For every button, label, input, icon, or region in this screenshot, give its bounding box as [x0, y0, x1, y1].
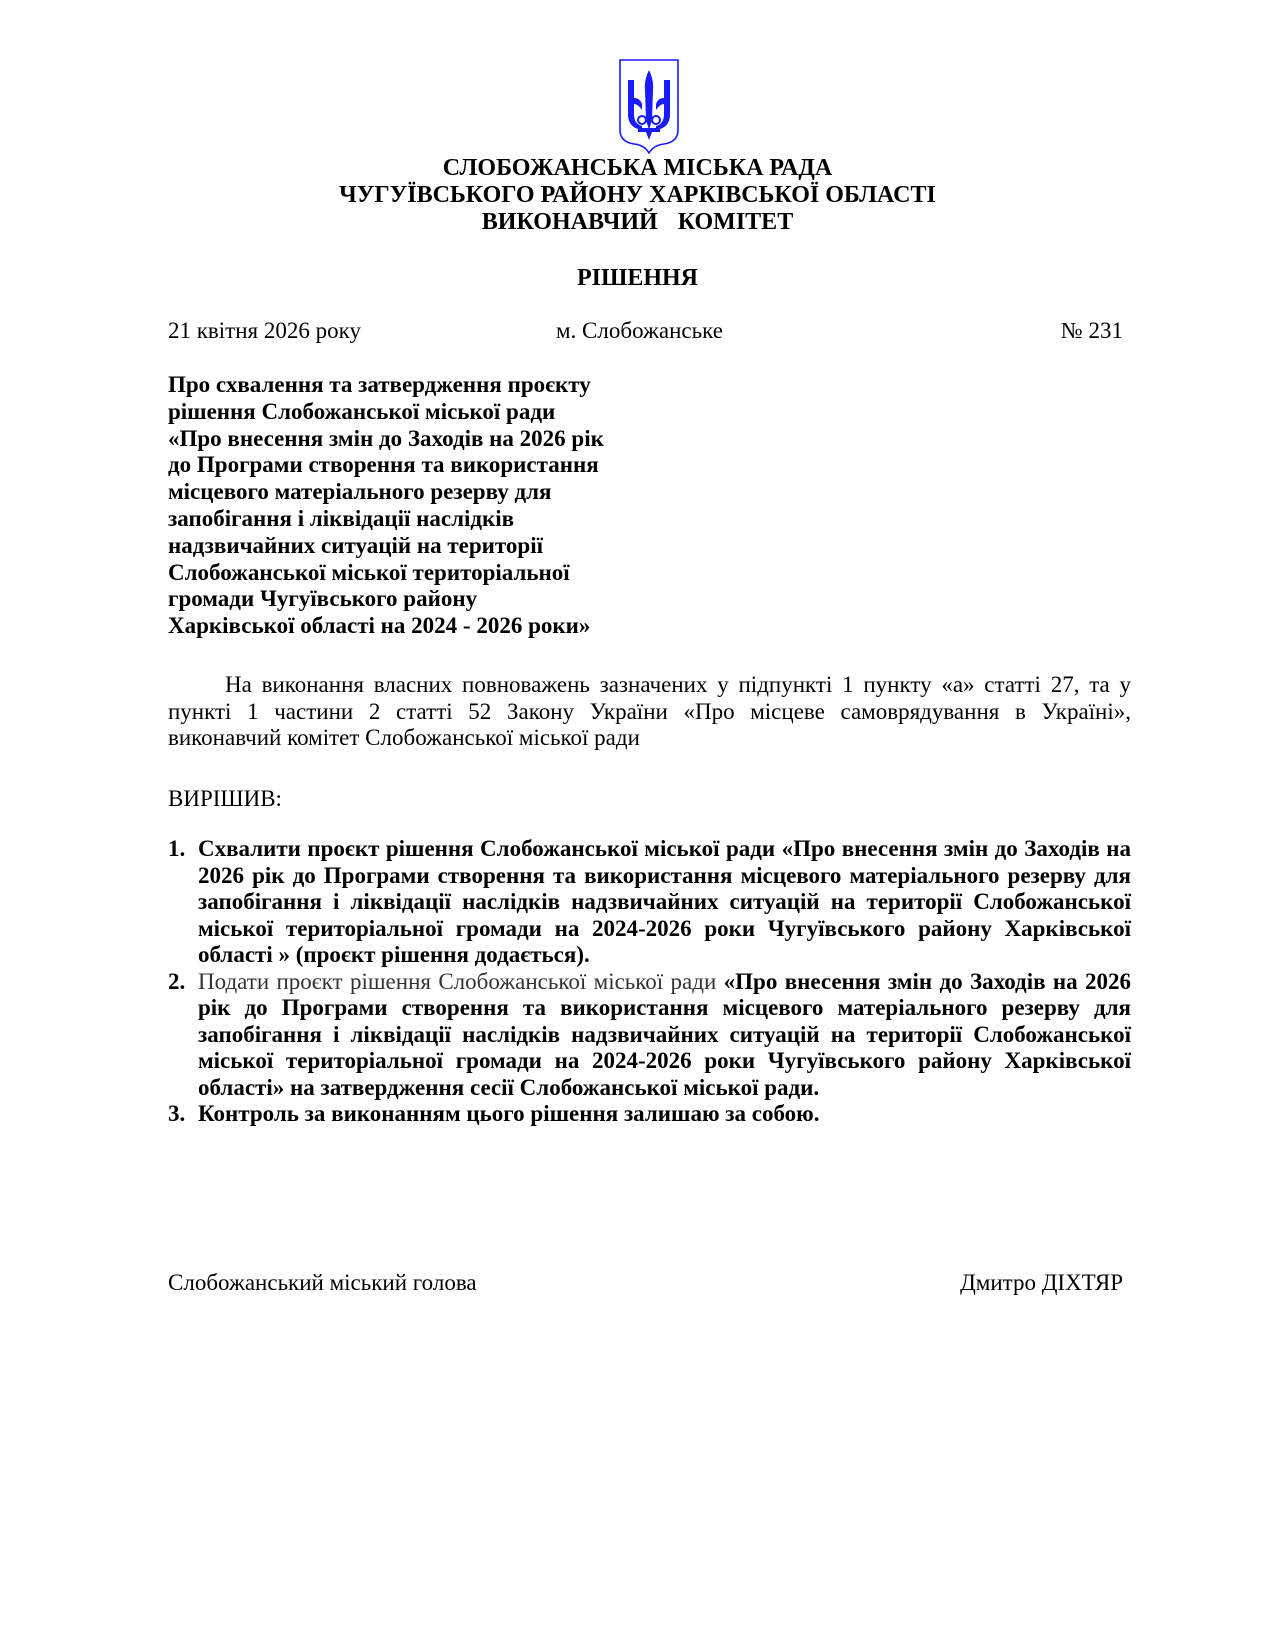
trident-coat-of-arms-icon — [618, 58, 680, 154]
decision-item: 3. Контроль за виконанням цього рішення … — [168, 1101, 1131, 1128]
subject-line: Харківської області на 2024 - 2026 роки» — [168, 613, 648, 640]
document-meta-row: 21 квітня 2026 року м. Слобожанське № 23… — [168, 318, 1123, 348]
decision-items-list: 1. Схвалити проєкт рішення Слобожанської… — [168, 836, 1131, 1128]
preamble-paragraph: На виконання власних повноважень зазначе… — [168, 672, 1131, 752]
document-page: СЛОБОЖАНСЬКА МІСЬКА РАДА ЧУГУЇВСЬКОГО РА… — [0, 0, 1275, 1650]
decision-subject: Про схвалення та затвердження проєкту рі… — [168, 372, 648, 640]
document-type-title: РІШЕННЯ — [0, 265, 1275, 292]
document-date: 21 квітня 2026 року — [168, 318, 361, 344]
document-number: № 231 — [1061, 318, 1123, 344]
subject-line: надзвичайних ситуацій на території — [168, 533, 648, 560]
signatory-title: Слобожанський міський голова — [168, 1270, 477, 1296]
subject-line: запобігання і ліквідації наслідків — [168, 506, 648, 533]
document-place: м. Слобожанське — [556, 318, 723, 344]
subject-line: Про схвалення та затвердження проєкту — [168, 372, 648, 399]
subject-line: до Програми створення та використання — [168, 452, 648, 479]
subject-line: громади Чугуївського району — [168, 586, 648, 613]
decision-item: 1. Схвалити проєкт рішення Слобожанської… — [168, 836, 1131, 969]
item-text: Контроль за виконанням цього рішення зал… — [198, 1101, 820, 1126]
district-name: ЧУГУЇВСЬКОГО РАЙОНУ ХАРКІВСЬКОЇ ОБЛАСТІ — [0, 182, 1275, 209]
item-text: Схвалити проєкт рішення Слобожанської мі… — [198, 836, 1131, 967]
item-text-regular: Подати проєкт рішення Слобожанської місь… — [198, 969, 724, 994]
subject-line: «Про внесення змін до Заходів на 2026 рі… — [168, 426, 648, 453]
committee-name: ВИКОНАВЧИЙ КОМІТЕТ — [0, 209, 1275, 236]
subject-line: місцевого матеріального резерву для — [168, 479, 648, 506]
subject-line: рішення Слобожанської міської ради — [168, 399, 648, 426]
subject-line: Слобожанської міської територіальної — [168, 560, 648, 587]
signature-block: Слобожанський міський голова Дмитро ДІХТ… — [168, 1270, 1123, 1300]
decided-label: ВИРІШИВ: — [168, 786, 282, 812]
item-number: 1. — [168, 836, 185, 863]
signatory-name: Дмитро ДІХТЯР — [960, 1270, 1123, 1296]
council-header: СЛОБОЖАНСЬКА МІСЬКА РАДА ЧУГУЇВСЬКОГО РА… — [0, 155, 1275, 236]
item-number: 2. — [168, 969, 185, 996]
council-name: СЛОБОЖАНСЬКА МІСЬКА РАДА — [0, 155, 1275, 182]
decision-item: 2. Подати проєкт рішення Слобожанської м… — [168, 969, 1131, 1102]
item-number: 3. — [168, 1101, 185, 1128]
